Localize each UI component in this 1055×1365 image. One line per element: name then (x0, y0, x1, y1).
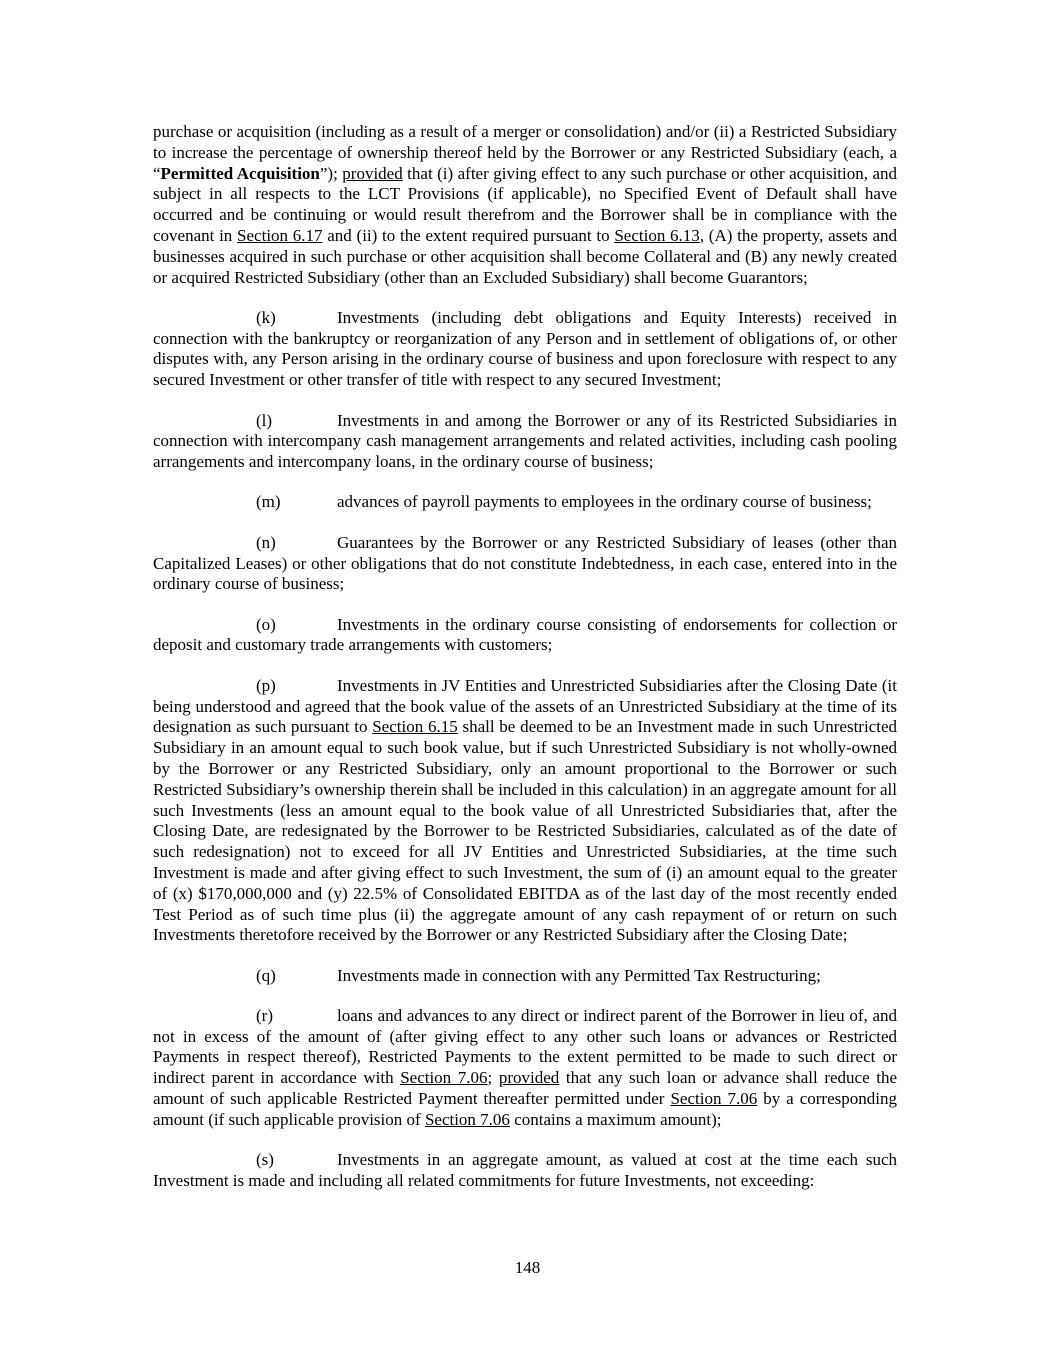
paragraph-q: (q)Investments made in connection with a… (153, 966, 897, 987)
paragraph-s: (s)Investments in an aggregate amount, a… (153, 1150, 897, 1192)
reference-text: Section 6.13 (614, 226, 699, 245)
body-text: advances of payroll payments to employee… (337, 492, 872, 511)
paragraph-label: (p) (153, 676, 337, 697)
paragraph-m: (m)advances of payroll payments to emplo… (153, 492, 897, 513)
paragraph-r: (r)loans and advances to any direct or i… (153, 1006, 897, 1131)
paragraph-label: (q) (153, 966, 337, 987)
body-text: and (ii) to the extent required pursuant… (323, 226, 615, 245)
reference-text: Section 7.06 (425, 1110, 510, 1129)
document-body: purchase or acquisition (including as a … (153, 122, 897, 1192)
paragraph-label: (o) (153, 615, 337, 636)
body-text: Investments made in connection with any … (337, 966, 821, 985)
reference-text: Section 7.06 (400, 1068, 487, 1087)
body-text: shall be deemed to be an Investment made… (153, 717, 897, 944)
paragraph-o: (o)Investments in the ordinary course co… (153, 615, 897, 657)
reference-text: Section 6.17 (237, 226, 322, 245)
paragraph-label: (r) (153, 1006, 337, 1027)
paragraph-label: (s) (153, 1150, 337, 1171)
reference-text: provided (342, 164, 402, 183)
body-text: ”); (320, 164, 342, 183)
body-text: contains a maximum amount); (510, 1110, 722, 1129)
paragraph-p: (p)Investments in JV Entities and Unrest… (153, 676, 897, 946)
paragraph-n: (n)Guarantees by the Borrower or any Res… (153, 533, 897, 595)
paragraph-label: (l) (153, 411, 337, 432)
paragraph-k: (k)Investments (including debt obligatio… (153, 308, 897, 391)
paragraph-l: (l)Investments in and among the Borrower… (153, 411, 897, 473)
reference-text: Section 6.15 (372, 717, 458, 736)
document-page: purchase or acquisition (including as a … (0, 0, 1055, 1365)
paragraph-label: (n) (153, 533, 337, 554)
paragraph-intro: purchase or acquisition (including as a … (153, 122, 897, 288)
reference-text: Section 7.06 (670, 1089, 757, 1108)
paragraph-label: (m) (153, 492, 337, 513)
body-text: ; (488, 1068, 499, 1087)
defined-term: Permitted Acquisition (161, 164, 320, 183)
page-number: 148 (0, 1258, 1055, 1279)
reference-text: provided (499, 1068, 559, 1087)
paragraph-label: (k) (153, 308, 337, 329)
